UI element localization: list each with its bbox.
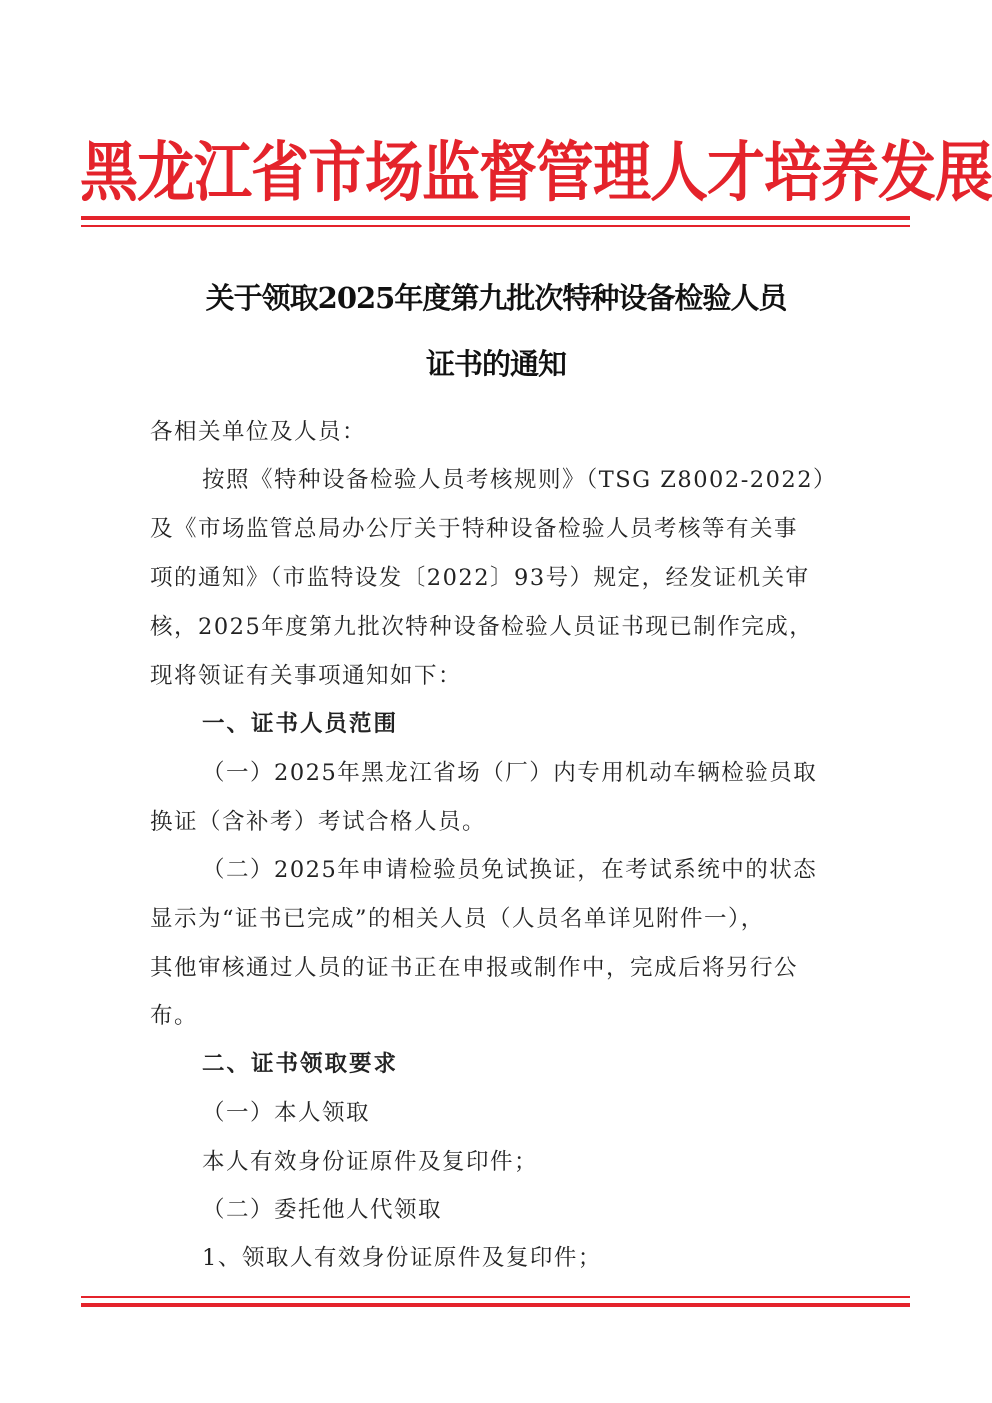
notice-title-line1: 关于领取2025年度第九批次特种设备检验人员	[0, 276, 992, 317]
section1-heading: 一、证书人员范围	[202, 706, 398, 738]
letterhead-rule-thick	[81, 216, 910, 220]
section1-item2-line: 布。	[150, 998, 198, 1030]
section1-item2-line: 显示为“证书已完成”的相关人员（人员名单详见附件一），	[150, 901, 765, 933]
footer-rule-thick	[81, 1303, 910, 1307]
intro-line: 现将领证有关事项通知如下：	[150, 658, 462, 690]
section2-sub2-heading: （二）委托他人代领取	[202, 1192, 442, 1224]
letterhead-rule-thin	[81, 225, 910, 227]
salutation: 各相关单位及人员：	[150, 414, 366, 446]
section2-sub1-text: 本人有效身份证原件及复印件；	[202, 1144, 538, 1176]
section2-heading: 二、证书领取要求	[202, 1046, 398, 1078]
intro-line: 项的通知》（市监特设发〔2022〕93号）规定，经发证机关审	[150, 560, 810, 592]
section1-item2-line: （二）2025年申请检验员免试换证，在考试系统中的状态	[202, 852, 817, 884]
footer-rule-thin	[81, 1296, 910, 1298]
notice-title-line2: 证书的通知	[0, 342, 992, 383]
section1-item2-line: 其他审核通过人员的证书正在申报或制作中，完成后将另行公	[150, 950, 798, 982]
intro-line: 及《市场监管总局办公厅关于特种设备检验人员考核等有关事	[150, 511, 798, 543]
section1-item1-line: 换证（含补考）考试合格人员。	[150, 804, 486, 836]
letterhead-org-name: 黑龙江省市场监督管理人才培养发展中心	[80, 127, 910, 217]
section2-sub1-heading: （一）本人领取	[202, 1095, 370, 1127]
intro-line: 按照《特种设备检验人员考核规则》（TSG Z8002-2022）	[202, 462, 837, 494]
document-page: 黑龙江省市场监督管理人才培养发展中心 关于领取2025年度第九批次特种设备检验人…	[0, 0, 992, 1403]
section2-sub2-item1: 1、领取人有效身份证原件及复印件；	[202, 1240, 602, 1272]
intro-line: 核，2025年度第九批次特种设备检验人员证书现已制作完成，	[150, 609, 813, 641]
section1-item1-line: （一）2025年黑龙江省场（厂）内专用机动车辆检验员取	[202, 755, 817, 787]
